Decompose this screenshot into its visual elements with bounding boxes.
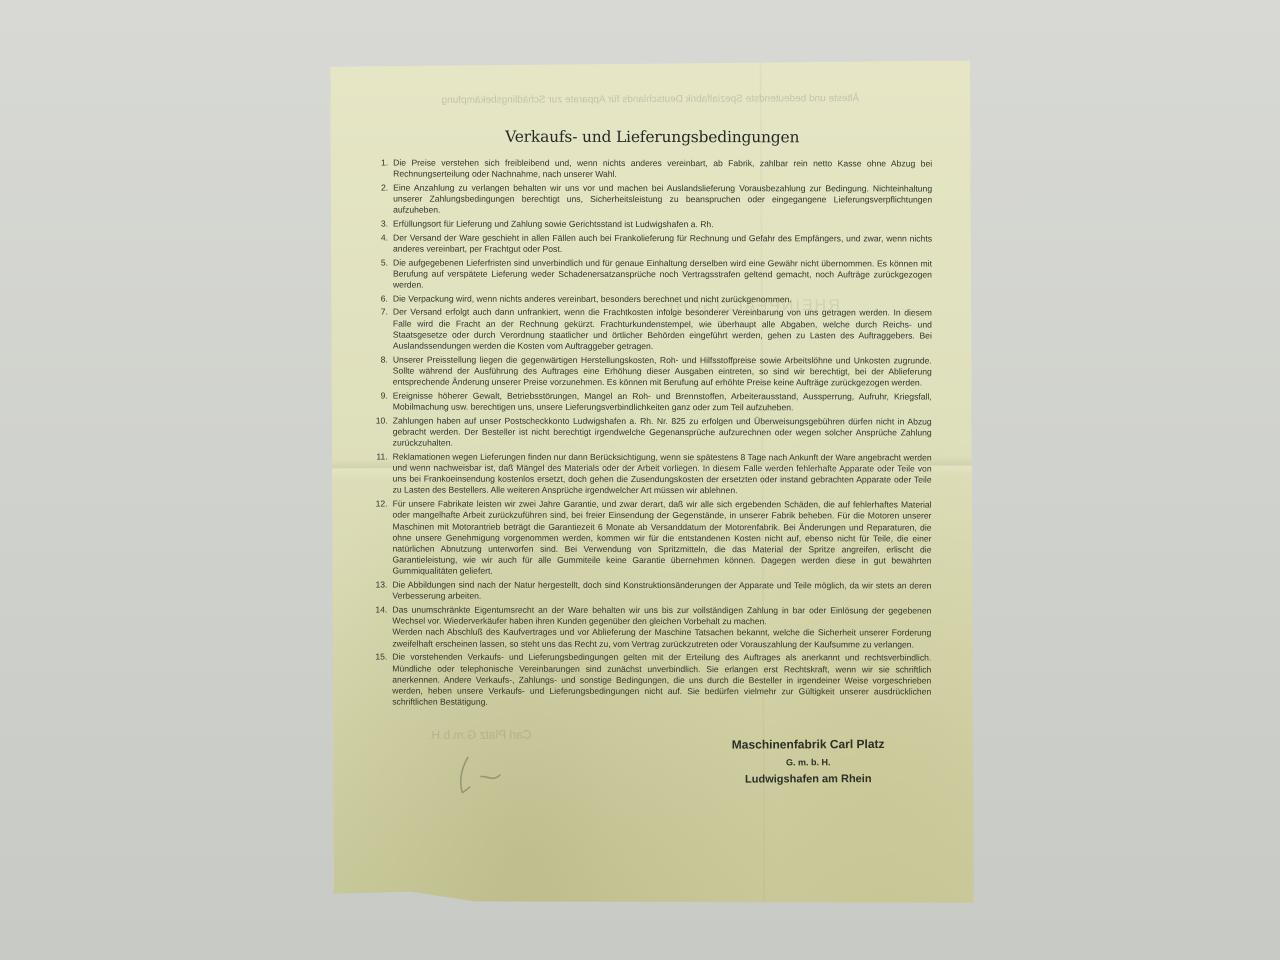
clause-text: Das unumschränkte Eigentumsrecht an der … [392,605,931,651]
clause-paragraph: Für unsere Fabrikate leisten wir zwei Ja… [392,499,931,578]
clause-number: 1. [372,158,393,180]
clause-text: Erfüllungsort für Lieferung und Zahlung … [393,219,932,231]
clause-paragraph: Der Versand der Ware geschieht in allen … [393,232,932,255]
clause-text: Die aufgegebenen Lieferfristen sind unve… [393,257,932,292]
clause-text: Eine Anzahlung zu verlangen behalten wir… [393,182,932,217]
clause-item: 5.Die aufgegebenen Lieferfristen sind un… [372,257,932,292]
clause-item: 12.Für unsere Fabrikate leisten wir zwei… [371,499,931,578]
clause-item: 11.Reklamationen wegen Lieferungen finde… [372,451,932,497]
company-city: Ludwigshafen am Rhein [708,773,908,786]
clause-paragraph: Der Versand erfolgt auch dann unfrankier… [393,307,932,353]
clause-paragraph: Eine Anzahlung zu verlangen behalten wir… [393,182,932,217]
clause-text: Der Versand erfolgt auch dann unfrankier… [393,307,932,353]
clause-text: Die vorstehenden Verkaufs- und Lieferung… [392,652,931,709]
clause-number: 10. [372,415,393,449]
clause-text: Die Verpackung wird, wenn nichts anderes… [393,293,932,305]
clause-text: Für unsere Fabrikate leisten wir zwei Ja… [392,499,931,578]
clause-paragraph: Zahlungen haben auf unser Postscheckkont… [393,415,932,450]
letterhead-bleed-through: Älteste und bedeutendste Spezialfabrik D… [390,93,910,106]
clause-list: 1.Die Preise verstehen sich freibleibend… [371,158,932,709]
clause-item: 6.Die Verpackung wird, wenn nichts ander… [372,293,932,305]
clause-text: Die Preise verstehen sich freibleibend u… [393,158,932,181]
clause-number: 11. [372,451,393,496]
clause-paragraph: Erfüllungsort für Lieferung und Zahlung … [393,219,932,231]
clause-number: 14. [371,605,392,650]
clause-paragraph: Die Abbildungen sind nach der Natur herg… [392,580,931,603]
clause-number: 13. [371,580,392,602]
clause-item: 9.Ereignisse höherer Gewalt, Betriebsstö… [372,390,932,413]
clause-number: 2. [372,182,393,216]
clause-item: 2.Eine Anzahlung zu verlangen behalten w… [372,182,932,217]
clause-text: Die Abbildungen sind nach der Natur herg… [392,580,931,603]
clause-paragraph: Das unumschränkte Eigentumsrecht an der … [392,605,931,628]
clause-number: 12. [371,499,392,577]
clause-text: Zahlungen haben auf unser Postscheckkont… [393,415,932,450]
document-title: Verkaufs- und Lieferungsbedingungen [372,128,932,147]
terms-content: Verkaufs- und Lieferungsbedingungen 1.Di… [371,128,932,712]
clause-number: 5. [372,257,393,291]
clause-number: 15. [371,652,392,708]
company-signature-block: Maschinenfabrik Carl Platz G. m. b. H. L… [708,737,908,786]
clause-text: Ereignisse höherer Gewalt, Betriebsstöru… [393,390,932,413]
clause-text: Der Versand der Ware geschieht in allen … [393,232,932,255]
company-name: Maschinenfabrik Carl Platz [708,737,908,752]
handwritten-signature-mark [448,753,518,803]
clause-number: 3. [372,219,393,230]
clause-item: 3.Erfüllungsort für Lieferung und Zahlun… [372,219,932,231]
clause-item: 7.Der Versand erfolgt auch dann unfranki… [372,307,932,353]
clause-paragraph: Die aufgegebenen Lieferfristen sind unve… [393,257,932,292]
clause-item: 14.Das unumschränkte Eigentumsrecht an d… [371,605,931,651]
document-sheet: Älteste und bedeutendste Spezialfabrik D… [330,61,974,906]
clause-number: 8. [372,354,393,388]
clause-number: 4. [372,232,393,254]
clause-number: 9. [372,390,393,412]
clause-item: 15.Die vorstehenden Verkaufs- und Liefer… [371,652,931,709]
clause-paragraph: Die Verpackung wird, wenn nichts anderes… [393,293,932,305]
clause-text: Reklamationen wegen Lieferungen finden n… [393,451,932,497]
clause-paragraph: Die vorstehenden Verkaufs- und Lieferung… [392,652,931,709]
clause-paragraph: Unserer Preisstellung liegen die gegenwä… [393,354,932,389]
clause-paragraph: Die Preise verstehen sich freibleibend u… [393,158,932,181]
clause-item: 4.Der Versand der Ware geschieht in alle… [372,232,932,255]
clause-paragraph: Werden nach Abschluß des Kaufvertrages u… [392,627,931,650]
stamp-bleed-through: Carl Platz G.m.b.H. [428,728,531,742]
clause-text: Unserer Preisstellung liegen die gegenwä… [393,354,932,389]
clause-paragraph: Reklamationen wegen Lieferungen finden n… [393,451,932,497]
clause-item: 13.Die Abbildungen sind nach der Natur h… [371,580,931,603]
company-legal-form: G. m. b. H. [708,757,908,768]
clause-number: 7. [372,307,393,352]
clause-item: 1.Die Preise verstehen sich freibleibend… [372,158,932,181]
clause-item: 10.Zahlungen haben auf unser Postscheckk… [372,415,932,450]
clause-number: 6. [372,293,393,304]
clause-item: 8.Unserer Preisstellung liegen die gegen… [372,354,932,389]
clause-paragraph: Ereignisse höherer Gewalt, Betriebsstöru… [393,390,932,413]
